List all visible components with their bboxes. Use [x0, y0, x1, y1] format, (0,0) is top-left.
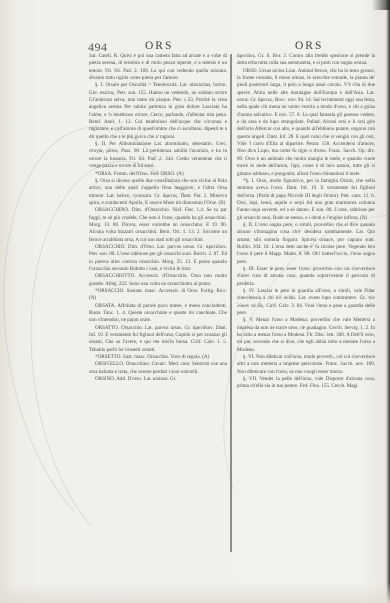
dictionary-entry: §. Orsa si dicono quelle due costellazio…: [89, 178, 227, 207]
dictionary-entry: *§. I. Orso, modo figurativo, per la fam…: [237, 178, 375, 222]
running-head-right: ORS: [295, 40, 323, 52]
dictionary-entry: §. III. Esser le pere, esser l'orso: pro…: [237, 266, 375, 288]
left-column: Sal. Catell. R. Quivi è poi una camera f…: [89, 53, 227, 383]
dictionary-entry: §. II. L'orso sogna pere, o simili, prov…: [237, 222, 375, 266]
page-header: 494 ORS ORS: [88, 40, 378, 54]
dictionary-entry: ORSATTO. Orsacchio. Lat. parvus ursus. G…: [89, 325, 227, 354]
page-bottom-edge: [0, 583, 390, 603]
column-divider: [230, 54, 232, 552]
dictionary-entry: §. VII. Vender la pelle dell'orso, vale …: [237, 376, 375, 391]
dictionary-entry: ORSACCHIO. Dim. d'Orso. Lat. parvus ursu…: [89, 244, 227, 273]
book-page: 494 ORS ORS Sal. Catell. R. Quivi è poi …: [0, 0, 390, 603]
dictionary-entry: Sal. Catell. R. Quivi è poi una camera f…: [89, 53, 227, 82]
right-column: ἀρκτῶος. Gr. S. Bor. 2. Contro alla fred…: [237, 53, 375, 391]
dictionary-entry: ORSINO. Add. D'orso. Lat. ursinus. Gr.: [89, 376, 227, 383]
dictionary-entry: §. V. Menar l'orso a Modena; proverbio c…: [237, 317, 375, 354]
dictionary-entry: *ORSACCIO. Sostant. masc. Accrescit. di …: [89, 288, 227, 303]
dictionary-entry: §. II. Per Abbominazione Lat. abominatio…: [89, 141, 227, 170]
dictionary-entry: ORSICELLO. Orsacchino. Cavalc. Med. cuor…: [89, 361, 227, 376]
dictionary-entry: *ORSA. Femm. dell'Orso. Fed. ORSO. (A): [89, 171, 227, 178]
dictionary-entry: §. IV. Lasciar le pere in guardia all'or…: [237, 288, 375, 317]
dictionary-entry: ἀρκτῶος. Gr. S. Bor. 2. Contro alla fred…: [237, 53, 375, 68]
dictionary-entry: *ORSETTO. Sust. masc. Orsacchio. Voce di…: [89, 354, 227, 361]
dictionary-entry: ORSACCHIOTTO. Accrescit. d'Orsacchio. Or…: [89, 273, 227, 288]
dictionary-entry: §. VI. Non dileticar coll'orso, modo pro…: [237, 354, 375, 376]
dictionary-entry: ORSATA. Affollata di parole poco intese,…: [89, 303, 227, 325]
page-edge-shadow: [372, 0, 390, 10]
dictionary-entry: §. I. Orsare per Oscurità = Tenebrosità.…: [89, 82, 227, 141]
running-head-left: ORS: [145, 40, 173, 52]
dictionary-entry: ORSACCHINO. Dim. d'Orsacchio. Nisf. Fier…: [89, 207, 227, 244]
dictionary-entry: ORSO. Ursus arctus Linn. Animal feroce, …: [237, 68, 375, 178]
